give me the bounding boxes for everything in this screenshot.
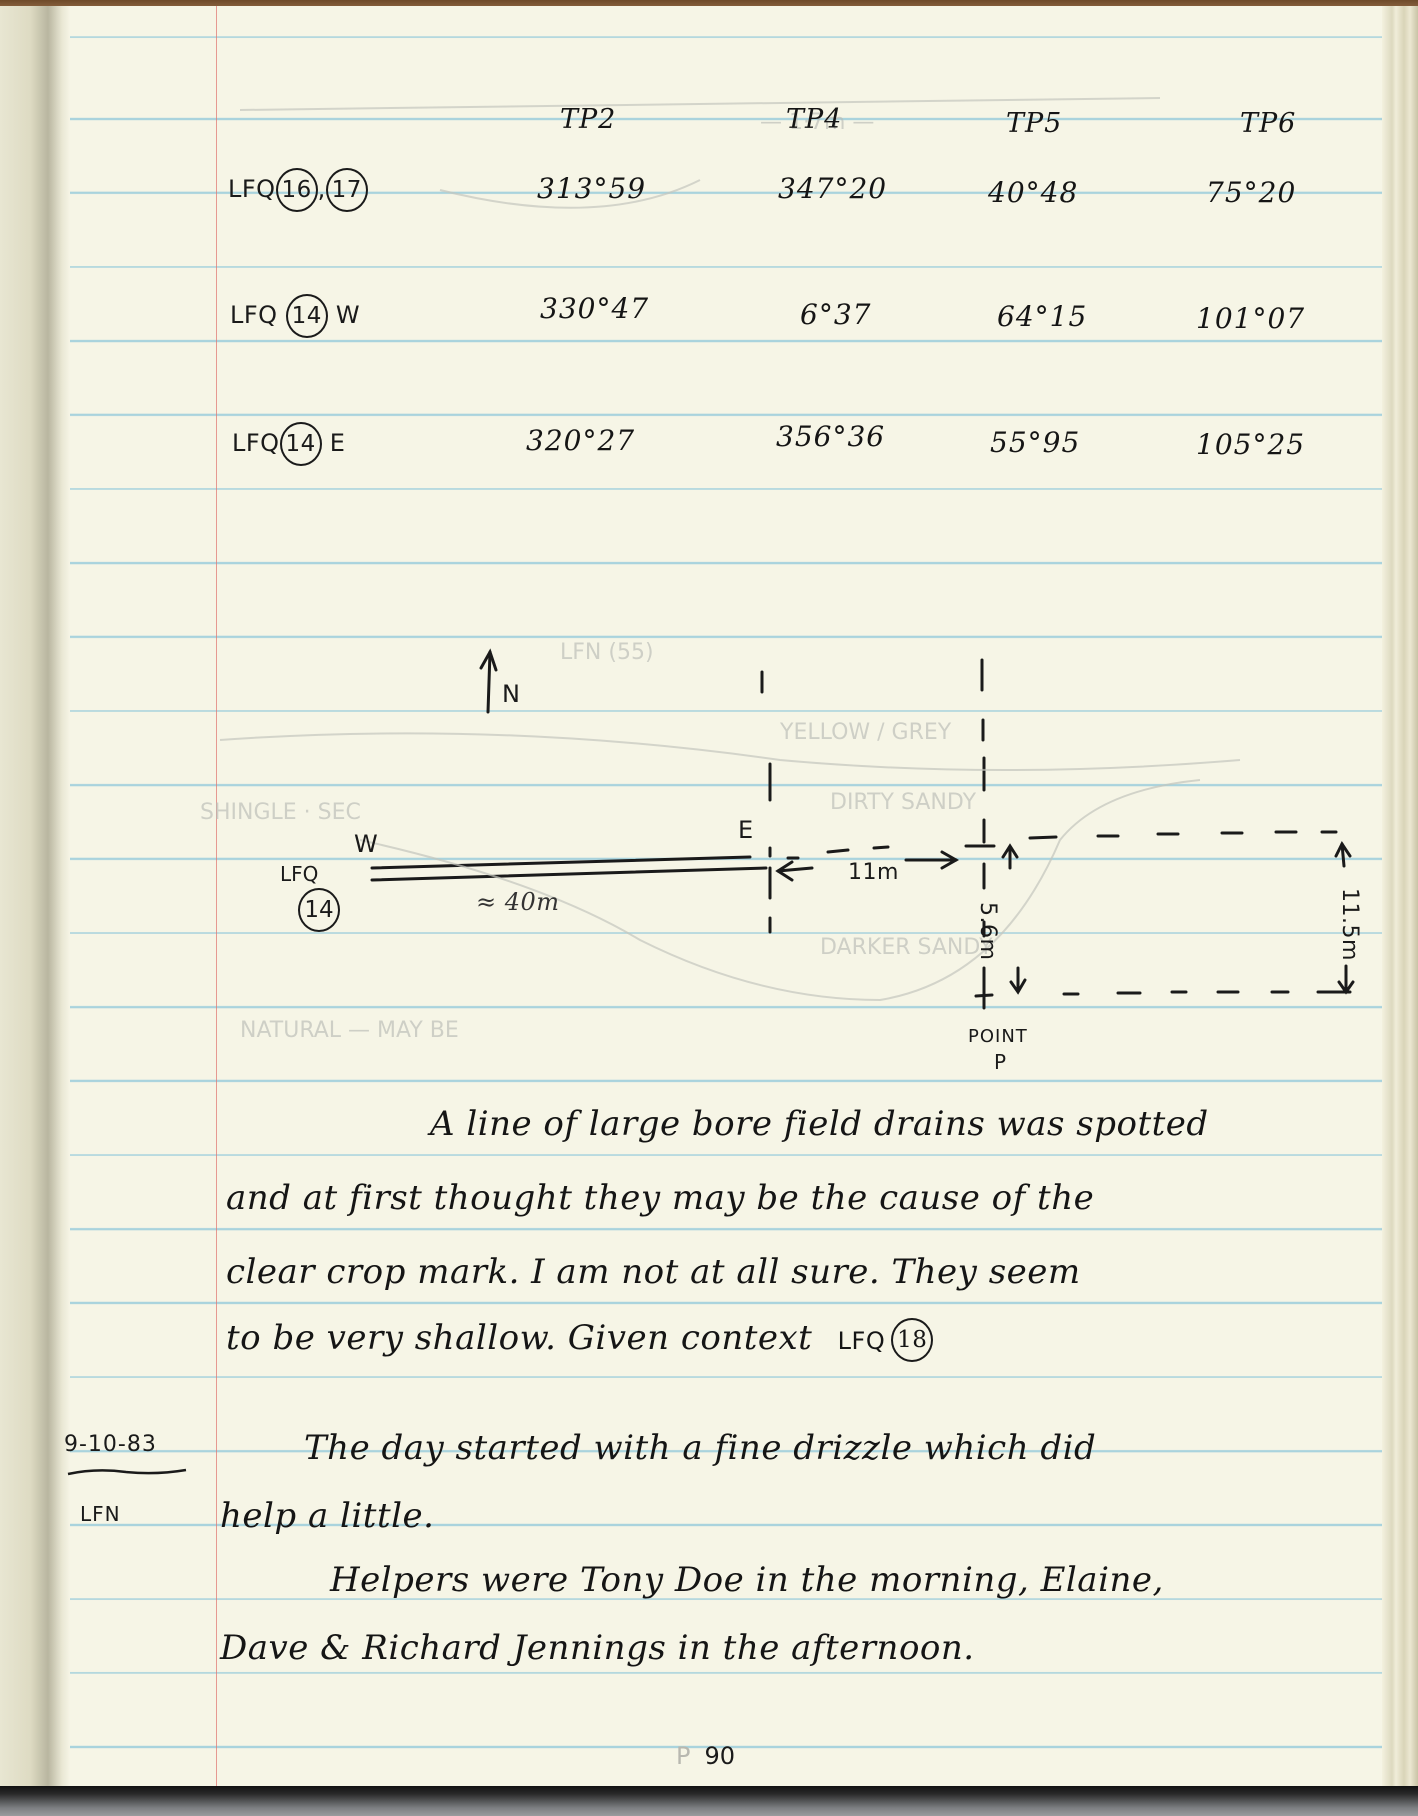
point-label: POINT [968,1026,1028,1047]
note-line: to be very shallow. Given context LFQ18 [226,1318,933,1362]
east-label: E [738,816,754,844]
date-underline [66,1466,190,1478]
offset-arrow-right [906,852,956,868]
depth-left-label: 5.6m [975,902,1000,960]
depth-right-label: 11.5m [1337,888,1362,961]
length-label: ≈ 40m [476,888,560,916]
page-number-prefix: P [676,1742,690,1770]
feature-label: LFQ [280,862,318,886]
notebook-bottom-edge [0,1786,1418,1816]
note-line: Dave & Richard Jennings in the afternoon… [220,1628,975,1668]
note-line: A line of large bore field drains was sp… [430,1104,1209,1144]
circled-feature-number: 18 [891,1318,933,1362]
page-number: P90 [676,1742,735,1770]
note-line: Helpers were Tony Doe in the morning, El… [330,1560,1164,1600]
point-id: P [994,1050,1006,1074]
site-sketch-diagram [0,0,1418,1816]
north-arrow-icon [481,652,496,712]
note-line: clear crop mark. I am not at all sure. T… [226,1252,1081,1292]
drain-line [372,857,766,880]
offset-arrow-left [778,862,812,880]
feature-circled-number: 14 [298,888,340,932]
north-label: N [502,680,520,708]
show-through-sketch [220,98,1240,1000]
lower-reference-dashed-line [1064,992,1350,994]
site-code: LFQ [280,862,318,886]
offset-dashed-line [788,846,994,858]
west-label: W [354,830,378,858]
east-end-dashed-line [762,672,770,932]
note-line: and at first thought they may be the cau… [226,1178,1094,1218]
site-code: LFQ [838,1327,886,1355]
margin-date: 9-10-83 [64,1432,157,1457]
offset-label: 11m [848,860,899,885]
upper-reference-dashed-line [1030,832,1336,838]
note-line: The day started with a fine drizzle whic… [304,1428,1096,1468]
note-line: help a little. [220,1496,434,1536]
margin-site-code: LFN [80,1502,121,1526]
